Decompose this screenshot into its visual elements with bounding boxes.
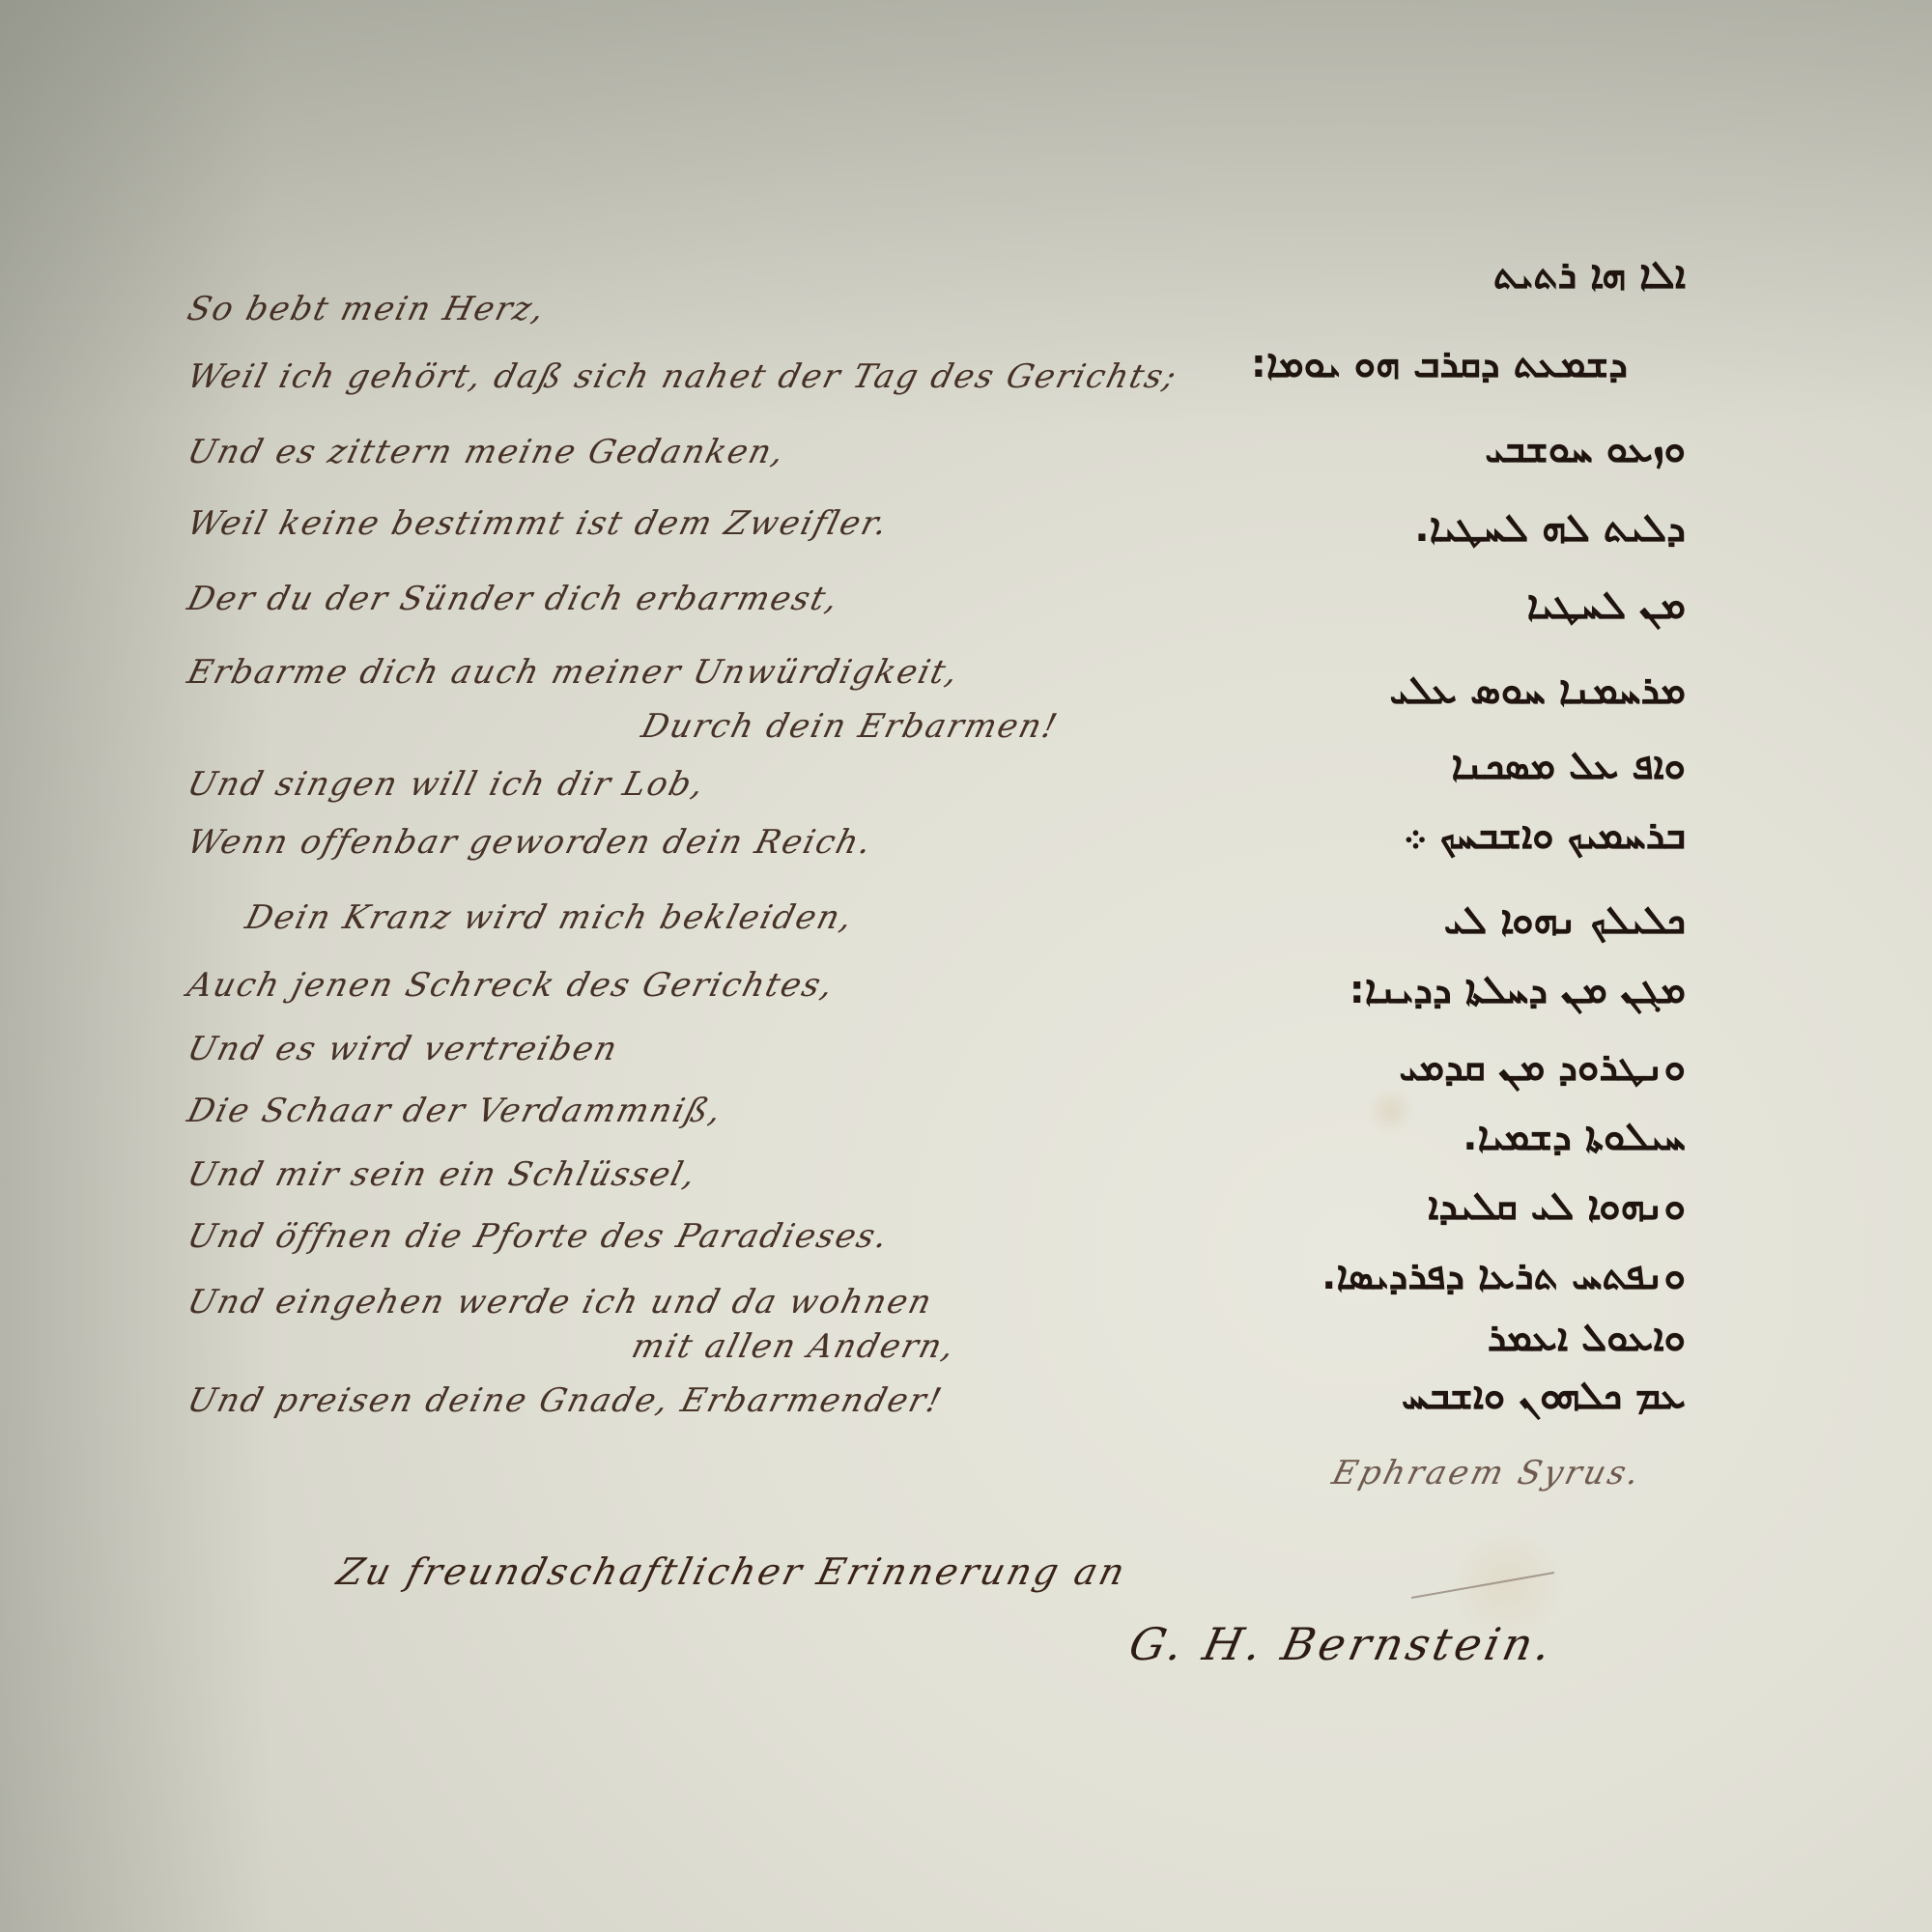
german-line: Die Schaar der Verdammniß, [184,1092,726,1130]
german-line-continuation: Durch dein Erbarmen! [638,707,1063,746]
syriac-line: ܟܠܝܠܟ ܢܗܘܐ ܠܝ [1444,898,1686,943]
syriac-line: ܒܪܚܡܝܟ ܘܐܫܒܚܟ ܀ [1404,813,1686,858]
syriac-line: ܥܡ ܟܠܗܘܢ ܘܐܫܒܚ [1402,1374,1686,1418]
signature: G. H. Bernstein. [1124,1618,1559,1670]
german-line: Und preisen deine Gnade, Erbarmender! [184,1381,947,1420]
signature-flourish [1411,1572,1554,1599]
german-line: So bebt mein Herz, [184,290,550,328]
dedication-text: Zu freundschaftlicher Erinnerung an [333,1550,1132,1593]
syriac-line: ܘܢܦܬܚ ܬܪܥܐ ܕܦܪܕܝܣܐ. [1321,1254,1686,1298]
german-line: Und es zittern meine Gedanken, [184,433,789,471]
german-line: Und eingehen werde ich und da wohnen [184,1283,937,1321]
german-line-stanza-start: Dein Kranz wird mich bekleiden, [241,898,858,937]
syriac-line: ܐܠܐ ܗܐ ܪܬܝܬ [1493,253,1686,298]
syriac-line: ܚܝܠܘܬܐ ܕܫܡܝܐ. [1463,1115,1686,1159]
german-line: Und es wird vertreiben [184,1030,623,1068]
german-line: Weil ich gehört, daß sich nahet der Tag … [184,357,1181,396]
syriac-line: ܘܐܥܘܠ ܐܥܡܪ [1488,1316,1686,1360]
syriac-line: ܡܓܢ ܡܢ ܕܚܠܬܐ ܕܕܝܢܐ: [1350,968,1686,1012]
german-line-continuation: mit allen Andern, [628,1327,960,1366]
syriac-line: ܘܙܥܘ ܚܘܫܒܝ [1485,427,1686,471]
german-line: Und öffnen die Pforte des Paradieses. [184,1217,894,1256]
author-attribution: Ephraem Syrus. [1328,1454,1646,1492]
syriac-line: ܕܠܝܬ ܠܗ ܠܚܛܝܐ. [1414,506,1686,551]
german-line: Wenn offenbar geworden dein Reich. [184,823,877,862]
german-line: Erbarme dich auch meiner Unwürdigkeit, [184,653,963,692]
syriac-line: ܘܢܗܘܐ ܠܝ ܩܠܝܕܐ [1428,1184,1686,1229]
syriac-line: ܕܫܡܥܬ ܕܩܪܒ ܗܘ ܝܘܡܐ: [1251,342,1628,386]
syriac-line: ܘܐܦ ܥܠ ܡܣܟܢܐ [1451,744,1686,788]
german-line: Auch jenen Schreck des Gerichtes, [184,966,838,1005]
syriac-line: ܘܢܛܪܘܕ ܡܢ ܩܕܡܝ [1399,1045,1686,1090]
album-leaf: So bebt mein Herz, Weil ich gehört, daß … [0,0,1932,1932]
german-line: Und mir sein ein Schlüssel, [184,1155,701,1194]
german-line: Weil keine bestimmt ist dem Zweifler. [184,504,893,543]
syriac-line: ܡܪܚܡܢܐ ܚܘܣ ܥܠܝ [1390,668,1687,713]
german-line: Der du der Sünder dich erbarmest, [184,580,843,618]
german-line: Und singen will ich dir Lob, [184,765,709,804]
syriac-line: ܡܢ ܠܚܛܝܐ [1527,583,1686,628]
